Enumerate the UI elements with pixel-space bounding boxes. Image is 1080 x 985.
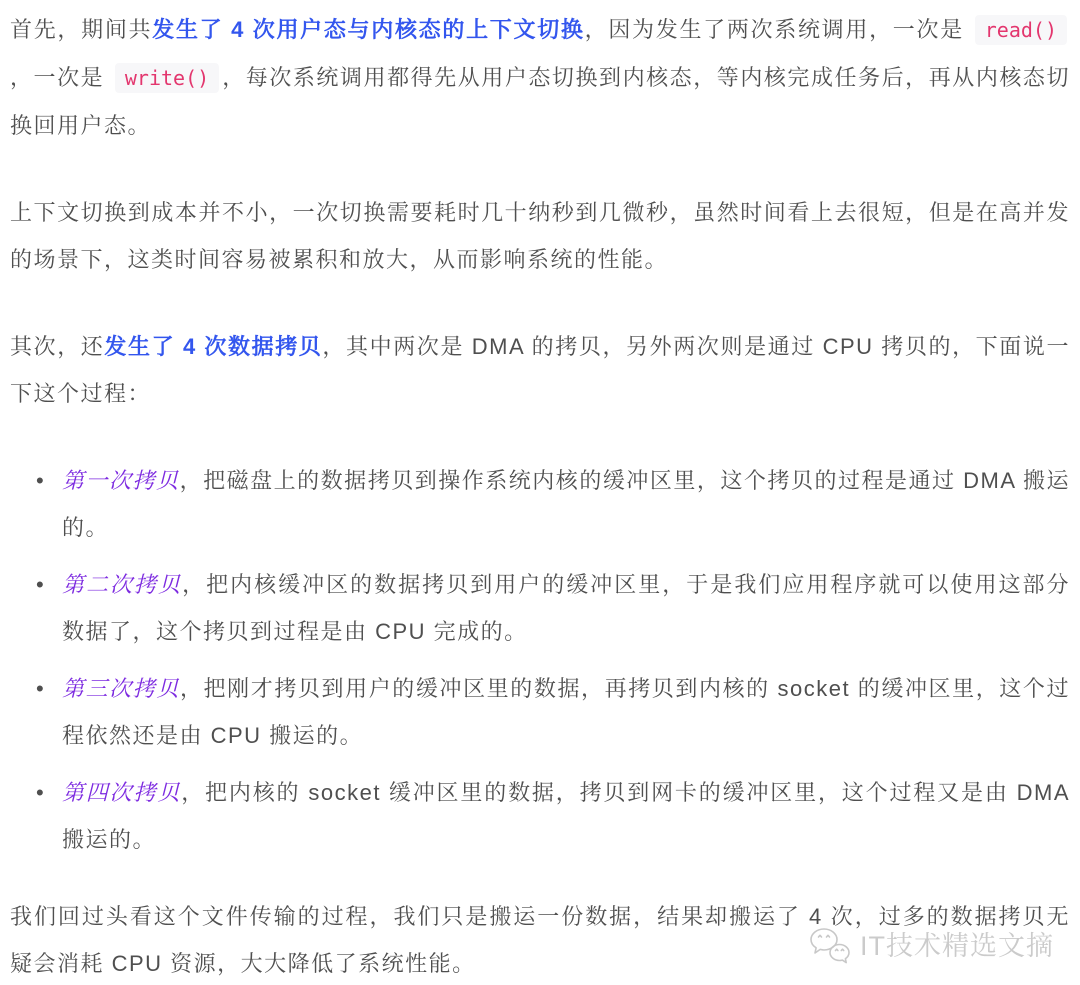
watermark: IT技术精选文摘 bbox=[807, 925, 1054, 967]
bold-highlight-context-switch: 发生了 4 次用户态与内核态的上下文切换 bbox=[152, 17, 584, 42]
bullet-dot: • bbox=[36, 561, 45, 608]
step-emphasis-second-copy: 第二次拷贝 bbox=[62, 572, 182, 597]
article-page: { "colors": { "body_text": "#4f4f4f", "h… bbox=[0, 0, 1080, 985]
copy-steps-list: •第一次拷贝，把磁盘上的数据拷贝到操作系统内核的缓冲区里，这个拷贝的过程是通过 … bbox=[10, 457, 1070, 863]
paragraph-switch-cost: 上下文切换到成本并不小，一次切换需要耗时几十纳秒到几微秒，虽然时间看上去很短，但… bbox=[10, 189, 1070, 283]
text-run: ，一次是 bbox=[10, 65, 112, 90]
text-run: 首先，期间共 bbox=[10, 17, 152, 42]
bold-highlight-data-copy: 发生了 4 次数据拷贝 bbox=[104, 334, 322, 359]
paragraph-context-switch: 首先，期间共发生了 4 次用户态与内核态的上下文切换，因为发生了两次系统调用，一… bbox=[10, 6, 1070, 149]
step-emphasis-fourth-copy: 第四次拷贝 bbox=[62, 780, 181, 805]
paragraph-data-copy: 其次，还发生了 4 次数据拷贝，其中两次是 DMA 的拷贝，另外两次则是通过 C… bbox=[10, 323, 1070, 417]
bullet-dot: • bbox=[36, 457, 45, 504]
text-run: ，把磁盘上的数据拷贝到操作系统内核的缓冲区里，这个拷贝的过程是通过 DMA 搬运… bbox=[62, 468, 1070, 540]
bullet-dot: • bbox=[36, 665, 45, 712]
step-emphasis-third-copy: 第三次拷贝 bbox=[62, 676, 180, 701]
step-emphasis-first-copy: 第一次拷贝 bbox=[62, 468, 180, 493]
bullet-item-first-copy: •第一次拷贝，把磁盘上的数据拷贝到操作系统内核的缓冲区里，这个拷贝的过程是通过 … bbox=[62, 457, 1070, 551]
inline-code-write: write() bbox=[115, 63, 219, 93]
bullet-dot: • bbox=[36, 769, 45, 816]
text-run: ，因为发生了两次系统调用，一次是 bbox=[585, 17, 972, 42]
text-run: 上下文切换到成本并不小，一次切换需要耗时几十纳秒到几微秒，虽然时间看上去很短，但… bbox=[10, 200, 1070, 272]
text-run: 其次，还 bbox=[10, 334, 104, 359]
bullet-item-third-copy: •第三次拷贝，把刚才拷贝到用户的缓冲区里的数据，再拷贝到内核的 socket 的… bbox=[62, 665, 1070, 759]
bullet-item-fourth-copy: •第四次拷贝，把内核的 socket 缓冲区里的数据，拷贝到网卡的缓冲区里，这个… bbox=[62, 769, 1070, 863]
watermark-label: IT技术精选文摘 bbox=[860, 933, 1054, 960]
wechat-icon bbox=[807, 925, 853, 967]
inline-code-read: read() bbox=[975, 15, 1067, 45]
text-run: ，把内核的 socket 缓冲区里的数据，拷贝到网卡的缓冲区里，这个过程又是由 … bbox=[62, 780, 1070, 852]
text-run: ，把刚才拷贝到用户的缓冲区里的数据，再拷贝到内核的 socket 的缓冲区里，这… bbox=[62, 676, 1070, 748]
text-run: ，把内核缓冲区的数据拷贝到用户的缓冲区里，于是我们应用程序就可以使用这部分数据了… bbox=[62, 572, 1070, 644]
bullet-item-second-copy: •第二次拷贝，把内核缓冲区的数据拷贝到用户的缓冲区里，于是我们应用程序就可以使用… bbox=[62, 561, 1070, 655]
